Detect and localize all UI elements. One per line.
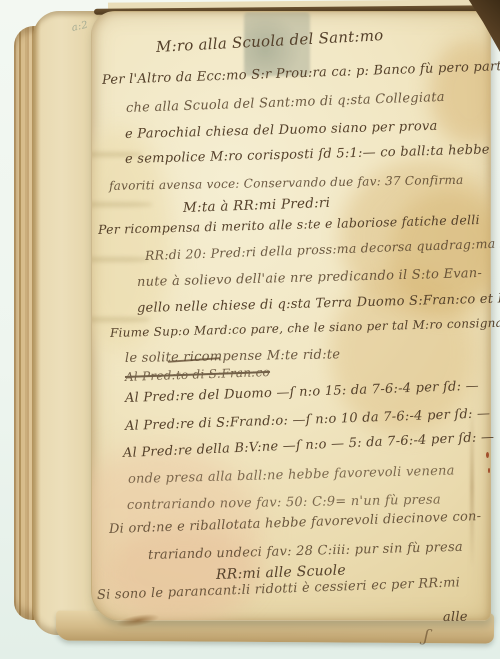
red-ink-speck <box>488 468 490 473</box>
showthrough-smudge <box>91 257 149 262</box>
showthrough-smudge <box>91 317 150 322</box>
red-ink-speck <box>486 452 489 458</box>
catchword: alle <box>443 611 468 624</box>
manuscript-line: le solite ricompense M:te rid:te <box>125 348 340 365</box>
showthrough-smudge <box>91 202 152 207</box>
manuscript-photo: a:2 M:ro alla Scuola del Sant:mo Per l'A… <box>0 0 500 659</box>
